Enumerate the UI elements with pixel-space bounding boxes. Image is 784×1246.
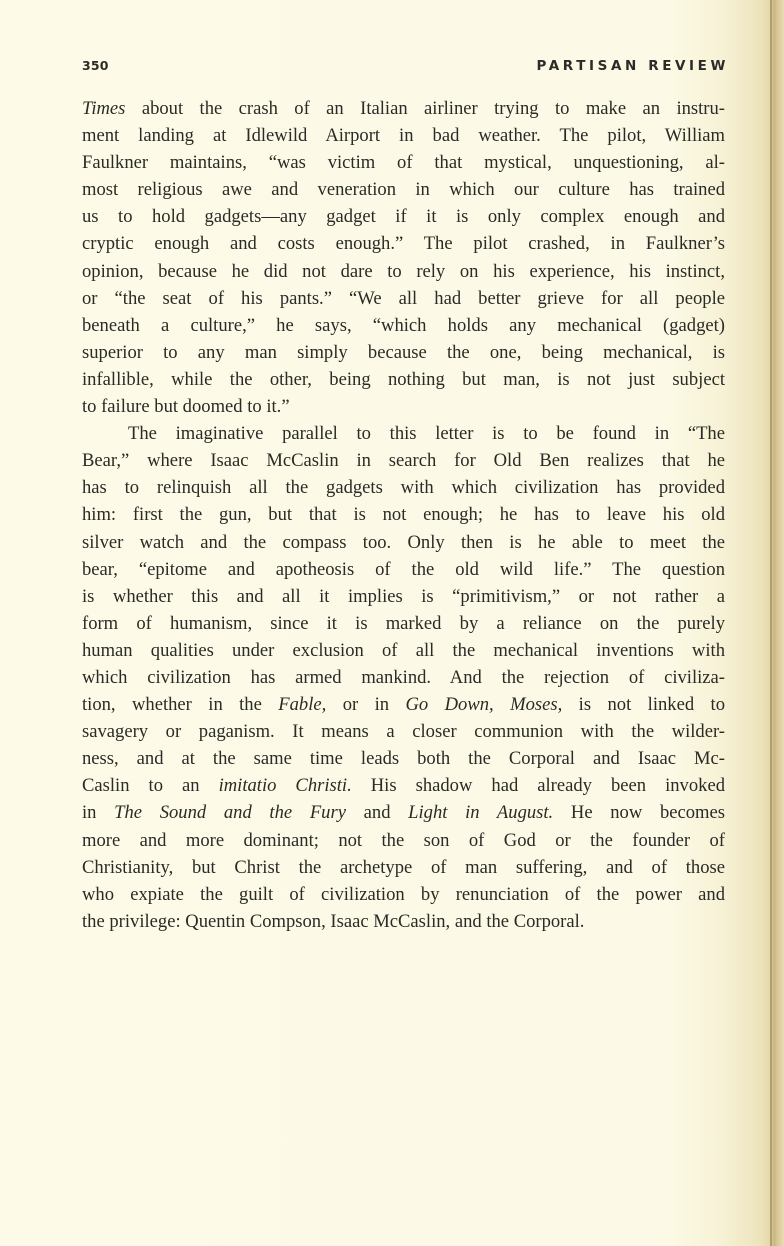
text-line: which civilization has armed mankind. An… bbox=[82, 664, 725, 691]
running-head: 350 PARTISAN REVIEW bbox=[82, 58, 726, 78]
text-line: ment landing at Idlewild Airport in bad … bbox=[82, 122, 725, 149]
text-line: more and more dominant; not the son of G… bbox=[82, 827, 725, 854]
text-run: Faulkner maintains, “was victim of that … bbox=[82, 152, 725, 173]
text-run: about the crash of an Italian airliner t… bbox=[125, 98, 725, 119]
text-line: has to relinquish all the gadgets with w… bbox=[82, 474, 725, 501]
text-run: superior to any man simply because the o… bbox=[82, 342, 725, 363]
text-line: infallible, while the other, being nothi… bbox=[82, 366, 725, 393]
text-run: cryptic enough and costs enough.” The pi… bbox=[82, 233, 725, 254]
italic-text: The Sound and the Fury bbox=[114, 802, 346, 823]
text-run: His shadow had already been invoked bbox=[352, 775, 725, 796]
italic-text: imitatio Christi. bbox=[219, 775, 352, 796]
italic-text: Light in August. bbox=[408, 802, 553, 823]
italic-text: Go Down, Moses, bbox=[405, 694, 562, 715]
text-run: him: first the gun, but that is not enou… bbox=[82, 504, 725, 525]
text-run: Caslin to an bbox=[82, 775, 219, 796]
text-line: silver watch and the compass too. Only t… bbox=[82, 529, 725, 556]
text-line: form of humanism, since it is marked by … bbox=[82, 610, 725, 637]
text-line: is whether this and all it implies is “p… bbox=[82, 583, 725, 610]
text-line: ness, and at the same time leads both th… bbox=[82, 745, 725, 772]
text-line: Faulkner maintains, “was victim of that … bbox=[82, 149, 725, 176]
text-run: who expiate the guilt of civilization by… bbox=[82, 884, 725, 905]
text-line: bear, “epitome and apotheosis of the old… bbox=[82, 556, 725, 583]
text-run: the privilege: Quentin Compson, Isaac Mc… bbox=[82, 911, 584, 932]
text-run: has to relinquish all the gadgets with w… bbox=[82, 477, 725, 498]
text-run: silver watch and the compass too. Only t… bbox=[82, 532, 725, 553]
text-line: cryptic enough and costs enough.” The pi… bbox=[82, 230, 725, 257]
text-run: opinion, because he did not dare to rely… bbox=[82, 261, 725, 282]
italic-text: Fable, bbox=[278, 694, 326, 715]
text-line: most religious awe and veneration in whi… bbox=[82, 176, 725, 203]
text-run: ment landing at Idlewild Airport in bad … bbox=[82, 125, 725, 146]
text-run: Bear,” where Isaac McCaslin in search fo… bbox=[82, 450, 725, 471]
text-line: opinion, because he did not dare to rely… bbox=[82, 258, 725, 285]
text-run: savagery or paganism. It means a closer … bbox=[82, 721, 725, 742]
text-line: tion, whether in the Fable, or in Go Dow… bbox=[82, 691, 725, 718]
text-run: Christianity, but Christ the archetype o… bbox=[82, 857, 725, 878]
page-binding-edge bbox=[770, 0, 772, 1246]
text-run: The imaginative parallel to this letter … bbox=[128, 423, 725, 444]
text-line: Christianity, but Christ the archetype o… bbox=[82, 854, 725, 881]
text-line: Caslin to an imitatio Christi. His shado… bbox=[82, 772, 725, 799]
text-line: or “the seat of his pants.” “We all had … bbox=[82, 285, 725, 312]
text-line: us to hold gadgets—any gadget if it is o… bbox=[82, 203, 725, 230]
text-line: Bear,” where Isaac McCaslin in search fo… bbox=[82, 447, 725, 474]
text-line: The imaginative parallel to this letter … bbox=[82, 420, 725, 447]
paragraph: Times about the crash of an Italian airl… bbox=[82, 95, 725, 420]
text-run: He now becomes bbox=[553, 802, 725, 823]
book-page: 350 PARTISAN REVIEW Times about the cras… bbox=[0, 0, 784, 1246]
text-run: beneath a culture,” he says, “which hold… bbox=[82, 315, 725, 336]
text-line: superior to any man simply because the o… bbox=[82, 339, 725, 366]
text-run: and bbox=[346, 802, 408, 823]
italic-text: Times bbox=[82, 98, 125, 119]
text-run: most religious awe and veneration in whi… bbox=[82, 179, 725, 200]
text-run: is not linked to bbox=[562, 694, 725, 715]
text-run: infallible, while the other, being nothi… bbox=[82, 369, 725, 390]
text-line: beneath a culture,” he says, “which hold… bbox=[82, 312, 725, 339]
page-number: 350 bbox=[82, 58, 109, 73]
article-body: Times about the crash of an Italian airl… bbox=[82, 95, 725, 935]
text-run: more and more dominant; not the son of G… bbox=[82, 830, 725, 851]
text-run: tion, whether in the bbox=[82, 694, 278, 715]
text-run: bear, “epitome and apotheosis of the old… bbox=[82, 559, 725, 580]
text-line: savagery or paganism. It means a closer … bbox=[82, 718, 725, 745]
text-line: the privilege: Quentin Compson, Isaac Mc… bbox=[82, 908, 725, 935]
journal-title: PARTISAN REVIEW bbox=[537, 58, 730, 74]
text-line: to failure but doomed to it.” bbox=[82, 393, 725, 420]
text-line: human qualities under exclusion of all t… bbox=[82, 637, 725, 664]
text-line: who expiate the guilt of civilization by… bbox=[82, 881, 725, 908]
text-run: which civilization has armed mankind. An… bbox=[82, 667, 725, 688]
page-gutter-shadow bbox=[762, 0, 784, 1246]
text-run: ness, and at the same time leads both th… bbox=[82, 748, 725, 769]
text-line: Times about the crash of an Italian airl… bbox=[82, 95, 725, 122]
text-run: or in bbox=[326, 694, 405, 715]
text-run: form of humanism, since it is marked by … bbox=[82, 613, 725, 634]
text-run: in bbox=[82, 802, 114, 823]
text-run: us to hold gadgets—any gadget if it is o… bbox=[82, 206, 725, 227]
text-run: or “the seat of his pants.” “We all had … bbox=[82, 288, 725, 309]
text-run: is whether this and all it implies is “p… bbox=[82, 586, 725, 607]
text-run: to failure but doomed to it.” bbox=[82, 396, 290, 417]
paragraph: The imaginative parallel to this letter … bbox=[82, 420, 725, 935]
text-line: him: first the gun, but that is not enou… bbox=[82, 501, 725, 528]
text-line: in The Sound and the Fury and Light in A… bbox=[82, 799, 725, 826]
text-run: human qualities under exclusion of all t… bbox=[82, 640, 725, 661]
